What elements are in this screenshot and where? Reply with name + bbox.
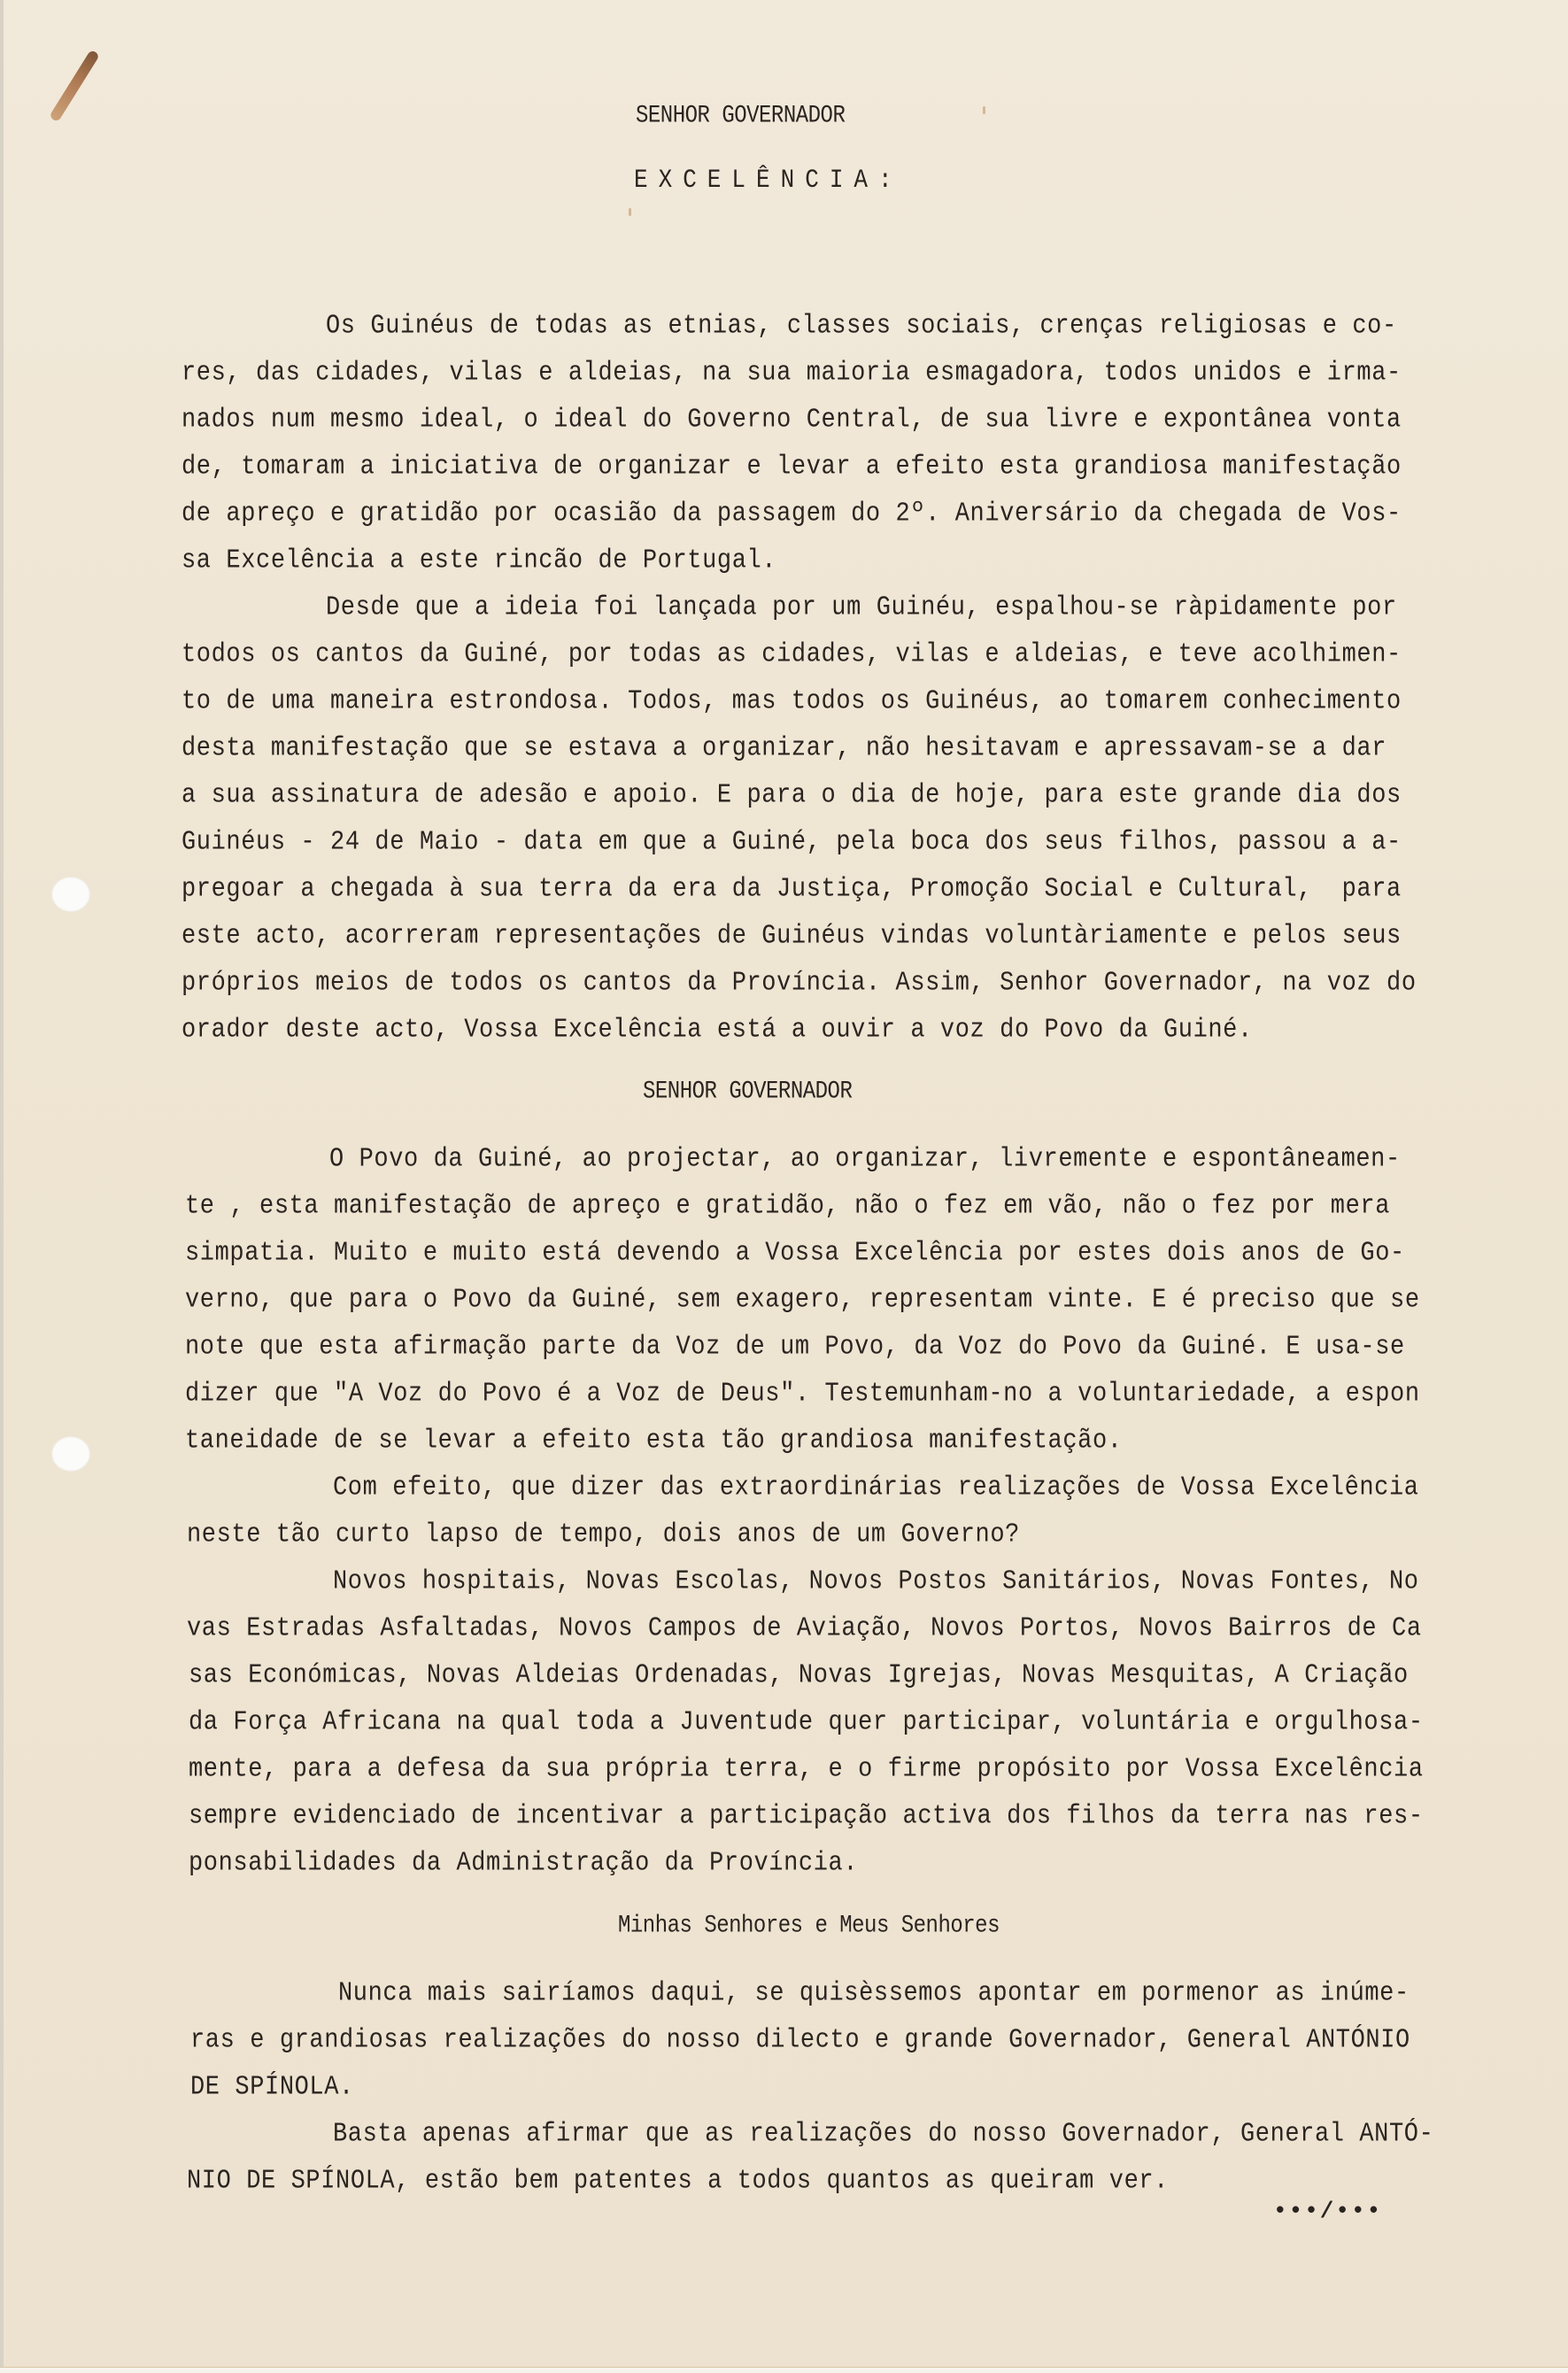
text-line: próprios meios de todos os cantos da Pro… xyxy=(182,970,1417,997)
text-line: sa Excelência a este rincão de Portugal. xyxy=(182,548,776,575)
text-line: orador deste acto, Vossa Excelência está… xyxy=(182,1017,1253,1044)
text-line: Guinéus - 24 de Maio - data em que a Gui… xyxy=(182,830,1402,856)
section-heading: Minhas Senhores e Meus Senhores xyxy=(618,1914,1000,1939)
text-line: sempre evidenciado de incentivar a parti… xyxy=(189,1804,1424,1830)
text-line: DE SPÍNOLA. xyxy=(190,2075,354,2101)
text-line: note que esta afirmação parte da Voz de … xyxy=(185,1334,1405,1361)
paper-speck xyxy=(983,106,985,114)
text-line: desta manifestação que se estava a organ… xyxy=(182,736,1386,762)
text-line: O Povo da Guiné, ao projectar, ao organi… xyxy=(329,1147,1401,1173)
text-line: taneidade de se levar a efeito esta tão … xyxy=(185,1428,1123,1455)
text-line: nados num mesmo ideal, o ideal do Govern… xyxy=(182,407,1402,434)
text-line: mente, para a defesa da sua própria terr… xyxy=(189,1757,1424,1783)
text-line: de apreço e gratidão por ocasião da pass… xyxy=(182,501,1402,528)
paper-speck xyxy=(629,208,631,216)
punch-hole-bottom xyxy=(51,1436,90,1472)
text-line: simpatia. Muito e muito está devendo a V… xyxy=(185,1241,1405,1267)
text-line: dizer que "A Voz do Povo é a Voz de Deus… xyxy=(185,1381,1420,1408)
text-line: Com efeito, que dizer das extraordinária… xyxy=(333,1475,1419,1502)
text-line: sas Económicas, Novas Aldeias Ordenadas,… xyxy=(189,1663,1409,1689)
text-line: de, tomaram a iniciativa de organizar e … xyxy=(182,454,1402,481)
text-line: da Força Africana na qual toda a Juventu… xyxy=(189,1710,1424,1736)
page-continuation-mark: •••/••• xyxy=(1273,2198,1382,2224)
text-line: este acto, acorreram representações de G… xyxy=(182,924,1402,950)
salutation-excelencia: EXCELÊNCIA: xyxy=(634,166,903,193)
text-line: Nunca mais sairíamos daqui, se quisèssem… xyxy=(338,1981,1410,2007)
text-line: te , esta manifestação de apreço e grati… xyxy=(185,1194,1390,1220)
text-line: neste tão curto lapso de tempo, dois ano… xyxy=(187,1522,1020,1549)
text-line: Basta apenas afirmar que as realizações … xyxy=(333,2122,1433,2148)
text-line: Desde que a ideia foi lançada por um Gui… xyxy=(326,595,1397,622)
text-line: vas Estradas Asfaltadas, Novos Campos de… xyxy=(187,1616,1422,1643)
text-line: a sua assinatura de adesão e apoio. E pa… xyxy=(182,783,1402,809)
text-line: NIO DE SPÍNOLA, estão bem patentes a tod… xyxy=(187,2168,1169,2195)
text-line: res, das cidades, vilas e aldeias, na su… xyxy=(182,360,1402,387)
text-line: to de uma maneira estrondosa. Todos, mas… xyxy=(182,689,1402,715)
text-line: verno, que para o Povo da Guiné, sem exa… xyxy=(185,1287,1420,1314)
text-line: ponsabilidades da Administração da Proví… xyxy=(189,1851,858,1877)
page-left-edge xyxy=(0,0,4,2373)
page-bottom-edge xyxy=(0,2367,1568,2373)
punch-hole-top xyxy=(51,877,90,912)
text-line: todos os cantos da Guiné, por todas as c… xyxy=(182,642,1402,669)
document-page: SENHOR GOVERNADOR EXCELÊNCIA: Os Guinéus… xyxy=(0,0,1568,2373)
staple-rust-mark xyxy=(49,50,100,123)
text-line: ras e grandiosas realizações do nosso di… xyxy=(190,2028,1410,2054)
section-heading: SENHOR GOVERNADOR xyxy=(643,1080,852,1105)
salutation-heading: SENHOR GOVERNADOR xyxy=(636,104,845,129)
text-line: Novos hospitais, Novas Escolas, Novos Po… xyxy=(333,1569,1419,1596)
text-line: pregoar a chegada à sua terra da era da … xyxy=(182,877,1402,903)
text-line: Os Guinéus de todas as etnias, classes s… xyxy=(326,313,1397,340)
